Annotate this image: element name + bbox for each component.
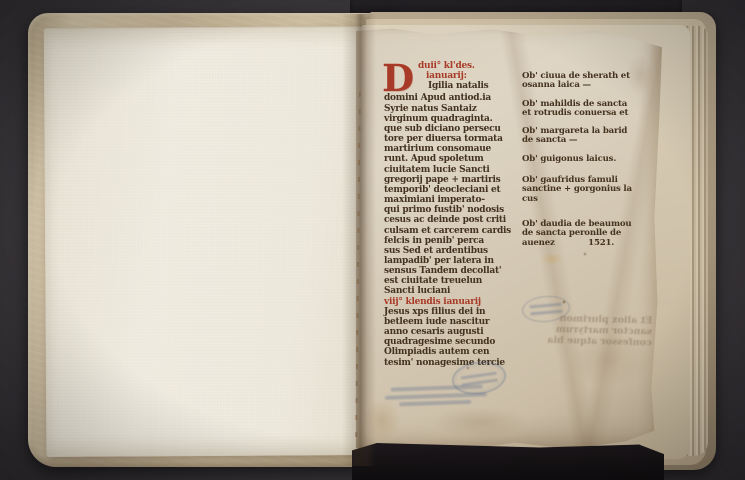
manuscript-line: temporib' deocleciani et <box>384 185 528 195</box>
obit-line: de sancta — <box>522 136 662 145</box>
manuscript-line: felcis in penib' perca <box>384 236 528 246</box>
manuscript-line: martirium consomaue <box>384 144 528 154</box>
manuscript-line: qui primo fustib' nodosis <box>384 205 528 215</box>
blank-flyleaf-page <box>44 26 394 457</box>
manuscript-line: quadragesime secundo <box>384 337 528 347</box>
manuscript-line: sensus Tandem decollat' <box>384 266 528 276</box>
bottom-shadow <box>352 443 664 480</box>
obit-line: auenez 1521. <box>522 239 662 248</box>
manuscript-line: runt. Apud spoletum <box>384 154 528 164</box>
manuscript-line: gregorij pape + martiris <box>384 175 528 185</box>
obit-line: sanctine + gorgonius la <box>522 185 662 194</box>
manuscript-line: cesus ac deinde post criti <box>384 215 528 225</box>
manuscript-line: Olimpiadis autem cen <box>384 347 528 357</box>
text-column-left: D duii° kl'des. ianuarij: Igilia natalis… <box>384 61 528 368</box>
stamp-smear-line <box>385 392 487 400</box>
obit-line: osanna laica — <box>522 81 662 90</box>
manuscript-line: Jesus xps filius dei in <box>384 307 528 317</box>
stamp-smear-line <box>399 400 471 407</box>
manuscript-line: lampadib' per latera in <box>384 256 528 266</box>
manuscript-line: Sancti luciani <box>384 286 528 296</box>
obit-line: et rotrudis conuersa et <box>522 109 662 118</box>
stamp-smear-line <box>391 384 483 391</box>
obit-line: cus <box>522 195 662 204</box>
manuscript-line: viij° klendis ianuarij <box>384 297 528 307</box>
obit-line: Ob' guigonus laicus. <box>522 155 662 164</box>
manuscript-line: sus Sed et ardentibus <box>384 246 528 256</box>
manuscript-photo: Et aliox plurimonsanctor martyrumconfess… <box>0 0 745 480</box>
manuscript-line: culsam et carcerem cardis <box>384 226 528 236</box>
manuscript-line: tore per diuersa tormata <box>384 134 528 144</box>
bleedthrough-line: confessor atque bia <box>542 335 652 349</box>
left-column-lines: domini Apud antiod.iaSyrie natus Santaiz… <box>384 93 528 367</box>
manuscript-line: anno cesaris augusti <box>384 327 528 337</box>
manuscript-line: virginum quadraginta. <box>384 114 528 124</box>
manuscript-line: maximiani imperato- <box>384 195 528 205</box>
manuscript-text-page: Et aliox plurimonsanctor martyrumconfess… <box>356 26 662 452</box>
text-column-right: Ob' ciuua de sherath etosanna laica —Ob'… <box>522 72 662 248</box>
rubric-heading-line: ianuarij: <box>426 71 528 81</box>
manuscript-line: betleem iude nascitur <box>384 317 528 327</box>
stamp-smudge <box>530 303 562 315</box>
manuscript-line: tesim' nonagesime tercie <box>384 358 528 368</box>
manuscript-line: que sub diciano persecu <box>384 124 528 134</box>
library-stamp-text-mirrored <box>385 384 492 410</box>
manuscript-line: Syrie natus Santaiz <box>384 104 528 114</box>
rubric-heading-line: duii° kl'des. <box>418 61 528 71</box>
rubricated-initial: D <box>382 63 414 93</box>
manuscript-line: ciuitatem lucie Sancti <box>384 165 528 175</box>
manuscript-line: est ciuitate treuelun <box>384 276 528 286</box>
opening-line: Igilia natalis <box>428 81 528 91</box>
